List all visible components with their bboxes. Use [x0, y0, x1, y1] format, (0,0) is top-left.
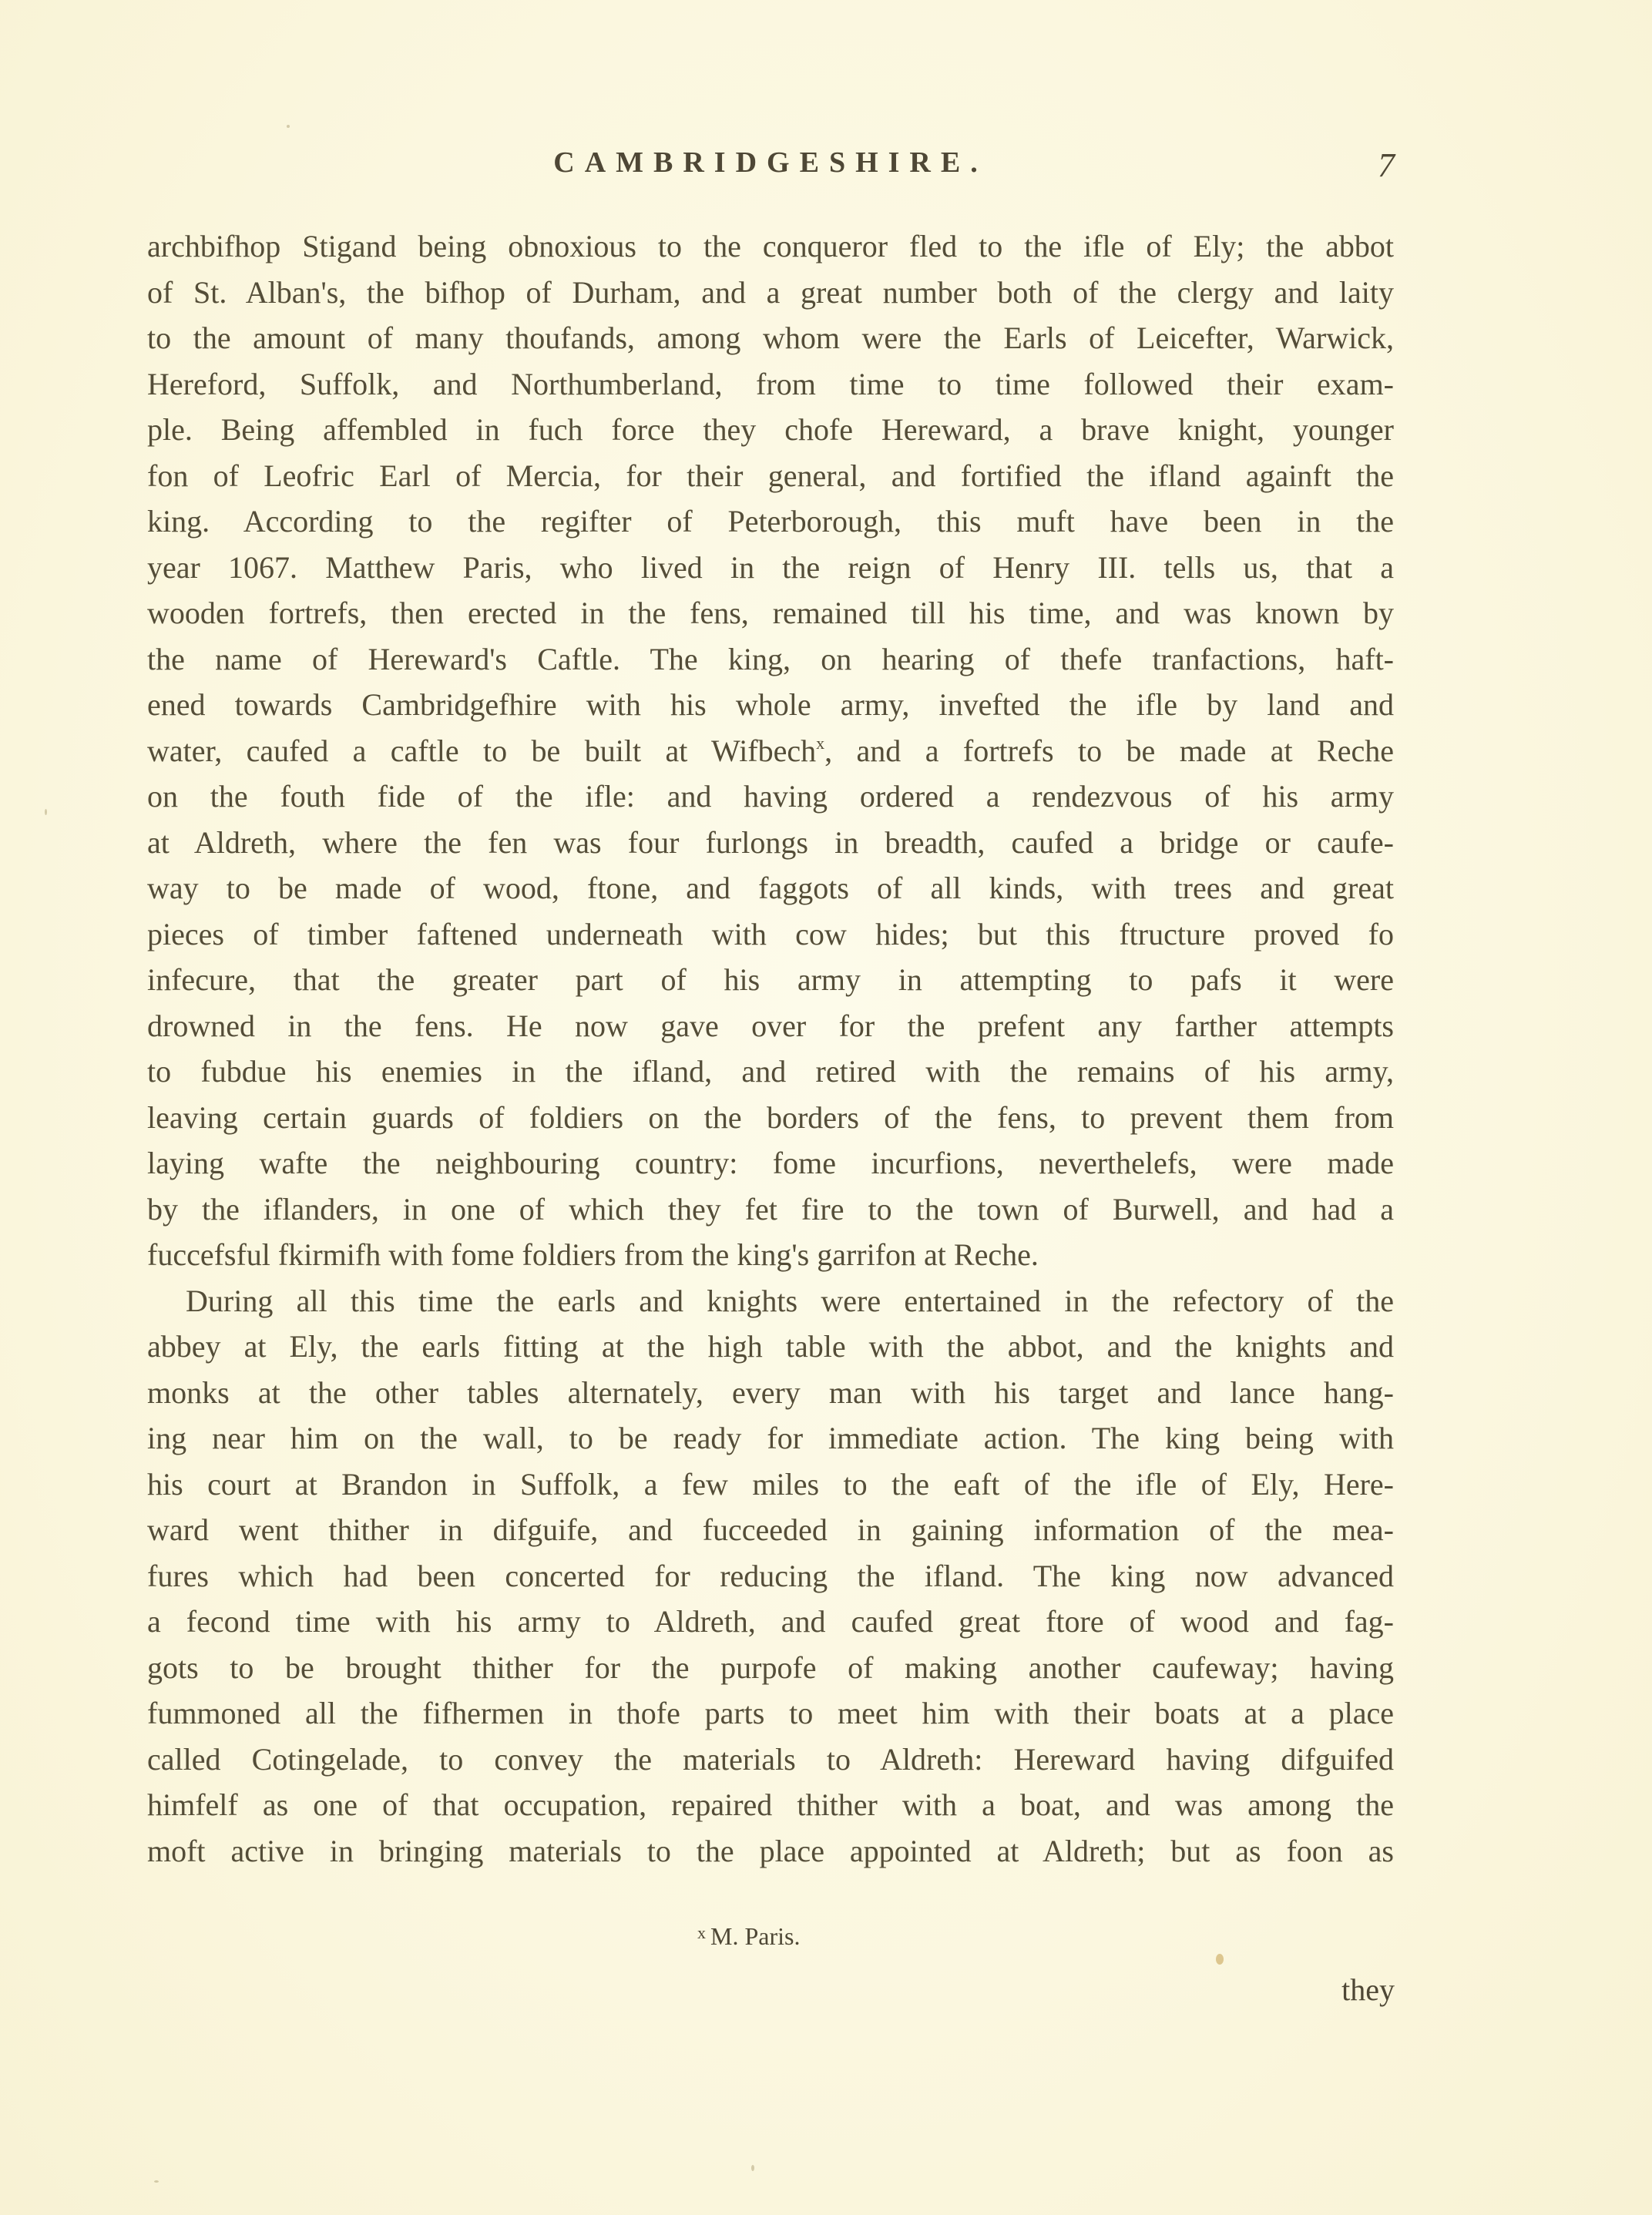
running-head: CAMBRIDGESHIRE. — [493, 143, 1048, 182]
text-line: ward went thither in difguife, and fucce… — [147, 1507, 1394, 1553]
book-page: CAMBRIDGESHIRE. 7 archbifhop Stigand bei… — [0, 0, 1652, 2215]
text-line: year 1067. Matthew Paris, who lived in t… — [147, 545, 1394, 591]
text-line: moft active in bringing materials to the… — [147, 1828, 1394, 1874]
text-line: way to be made of wood, ftone, and faggo… — [147, 865, 1394, 911]
line-tail: , and a fortrefs to be made at Reche — [824, 733, 1394, 768]
text-line: pieces of timber faftened underneath wit… — [147, 911, 1394, 958]
paragraph-end-line: fuccefsful fkirmifh with fome foldiers f… — [147, 1232, 1394, 1278]
text-line: by the iflanders, in one of which they f… — [147, 1186, 1394, 1233]
text-line: monks at the other tables alternately, e… — [147, 1370, 1394, 1416]
text-line: his court at Brandon in Suffolk, a few m… — [147, 1462, 1394, 1508]
paper-speck — [751, 2165, 754, 2171]
paper-speck — [45, 809, 47, 815]
text-line: himfelf as one of that occupation, repai… — [147, 1782, 1394, 1828]
text-line: laying wafte the neighbouring country: f… — [147, 1140, 1394, 1186]
paper-speck — [287, 125, 290, 128]
text-line: to fubdue his enemies in the ifland, and… — [147, 1049, 1394, 1095]
text-line: to the amount of many thoufands, among w… — [147, 315, 1394, 361]
text-line: fon of Leofric Earl of Mercia, for their… — [147, 453, 1394, 499]
paper-speck — [154, 2180, 159, 2183]
footnote-text: M. Paris. — [710, 1922, 800, 1950]
text-line: the name of Hereward's Caftle. The king,… — [147, 636, 1394, 683]
text-line: ple. Being affembled in fuch force they … — [147, 407, 1394, 453]
text-line-with-footnote-ref: water, caufed a caftle to be built at Wi… — [147, 728, 1394, 774]
text-line: archbifhop Stigand being obnoxious to th… — [147, 223, 1394, 270]
body-text: archbifhop Stigand being obnoxious to th… — [147, 223, 1394, 1874]
text-line: fures which had been concerted for reduc… — [147, 1553, 1394, 1599]
text-line: ing near him on the wall, to be ready fo… — [147, 1415, 1394, 1462]
paper-speck — [1216, 1954, 1224, 1965]
text-line: on the fouth fide of the ifle: and havin… — [147, 774, 1394, 820]
text-line: wooden fortrefs, then erected in the fen… — [147, 590, 1394, 636]
footnote: xM. Paris. — [697, 1916, 800, 1953]
text-line: a fecond time with his army to Aldreth, … — [147, 1599, 1394, 1645]
text-line: called Cotingelade, to convey the materi… — [147, 1737, 1394, 1783]
page-number: 7 — [1378, 146, 1395, 185]
text-line: king. According to the regifter of Peter… — [147, 498, 1394, 545]
paragraph-start-line: During all this time the earls and knigh… — [147, 1278, 1394, 1324]
text-line: of St. Alban's, the bifhop of Durham, an… — [147, 270, 1394, 316]
footnote-mark: x — [697, 1923, 706, 1942]
catchword: they — [1331, 1971, 1395, 2009]
text-line: fummoned all the fifhermen in thofe part… — [147, 1690, 1394, 1737]
text-line: infecure, that the greater part of his a… — [147, 957, 1394, 1003]
line-head: water, caufed a caftle to be built at Wi… — [147, 733, 816, 768]
text-line: abbey at Ely, the earls fitting at the h… — [147, 1324, 1394, 1370]
text-line: at Aldreth, where the fen was four furlo… — [147, 820, 1394, 866]
text-line: gots to be brought thither for the purpo… — [147, 1645, 1394, 1691]
text-line: drowned in the fens. He now gave over fo… — [147, 1003, 1394, 1049]
text-line: leaving certain guards of foldiers on th… — [147, 1095, 1394, 1141]
text-line: ened towards Cambridgefhire with his who… — [147, 682, 1394, 728]
text-line: Hereford, Suffolk, and Northumberland, f… — [147, 361, 1394, 408]
footnote-reference[interactable]: x — [816, 733, 824, 753]
